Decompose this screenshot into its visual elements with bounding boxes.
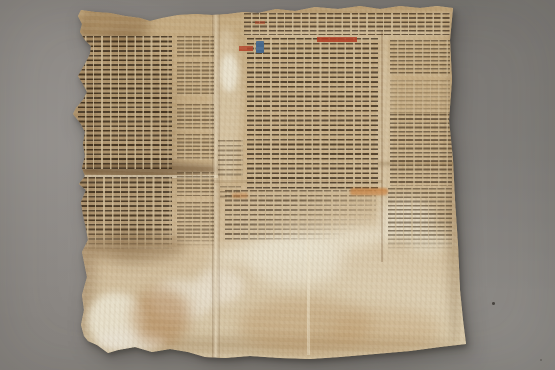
- manuscript-drop-shadow: [0, 0, 555, 370]
- red-edge-speck: [127, 4, 132, 8]
- red-edge-speck: [281, 2, 286, 5]
- vellum-grain-texture: [0, 0, 555, 370]
- photo-backdrop: [0, 0, 555, 370]
- manuscript-fragment: [0, 0, 555, 370]
